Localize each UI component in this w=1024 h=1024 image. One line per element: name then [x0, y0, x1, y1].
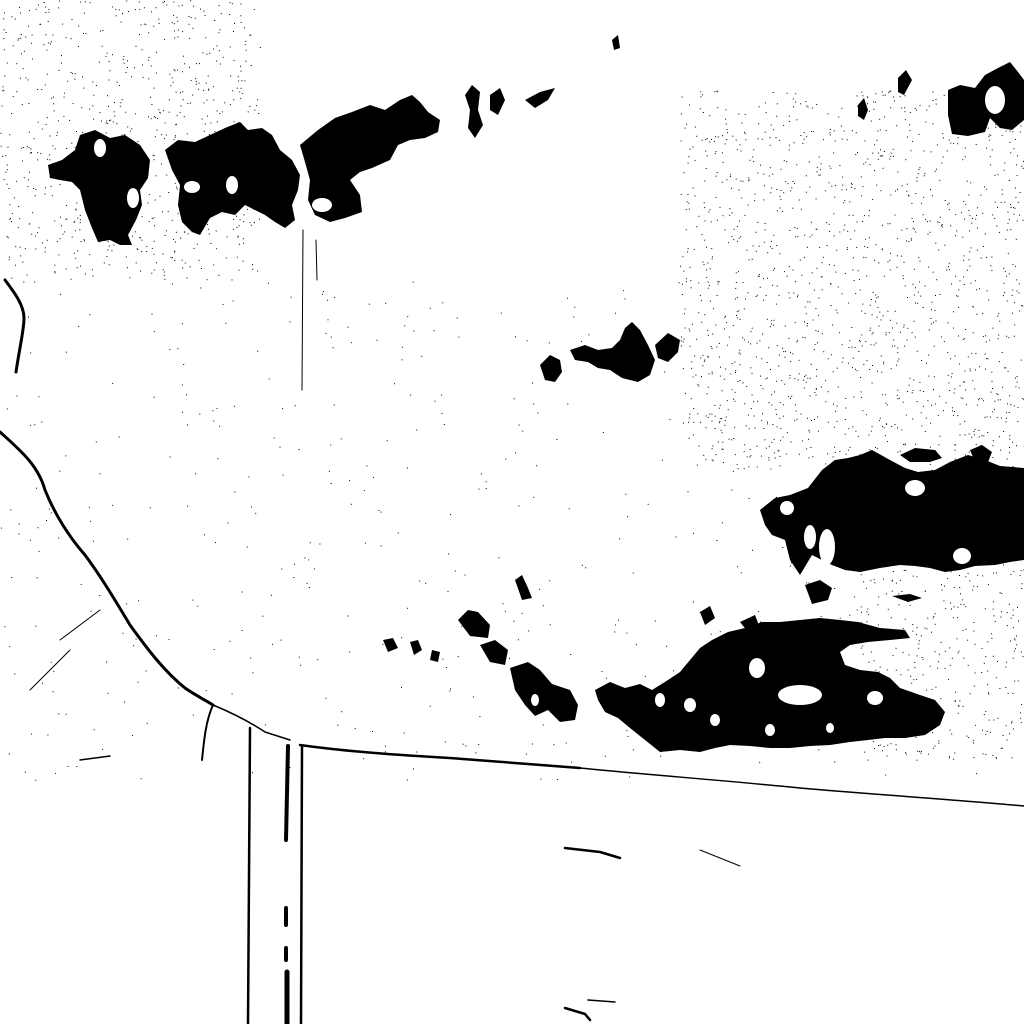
binarized-photo [0, 0, 1024, 1024]
